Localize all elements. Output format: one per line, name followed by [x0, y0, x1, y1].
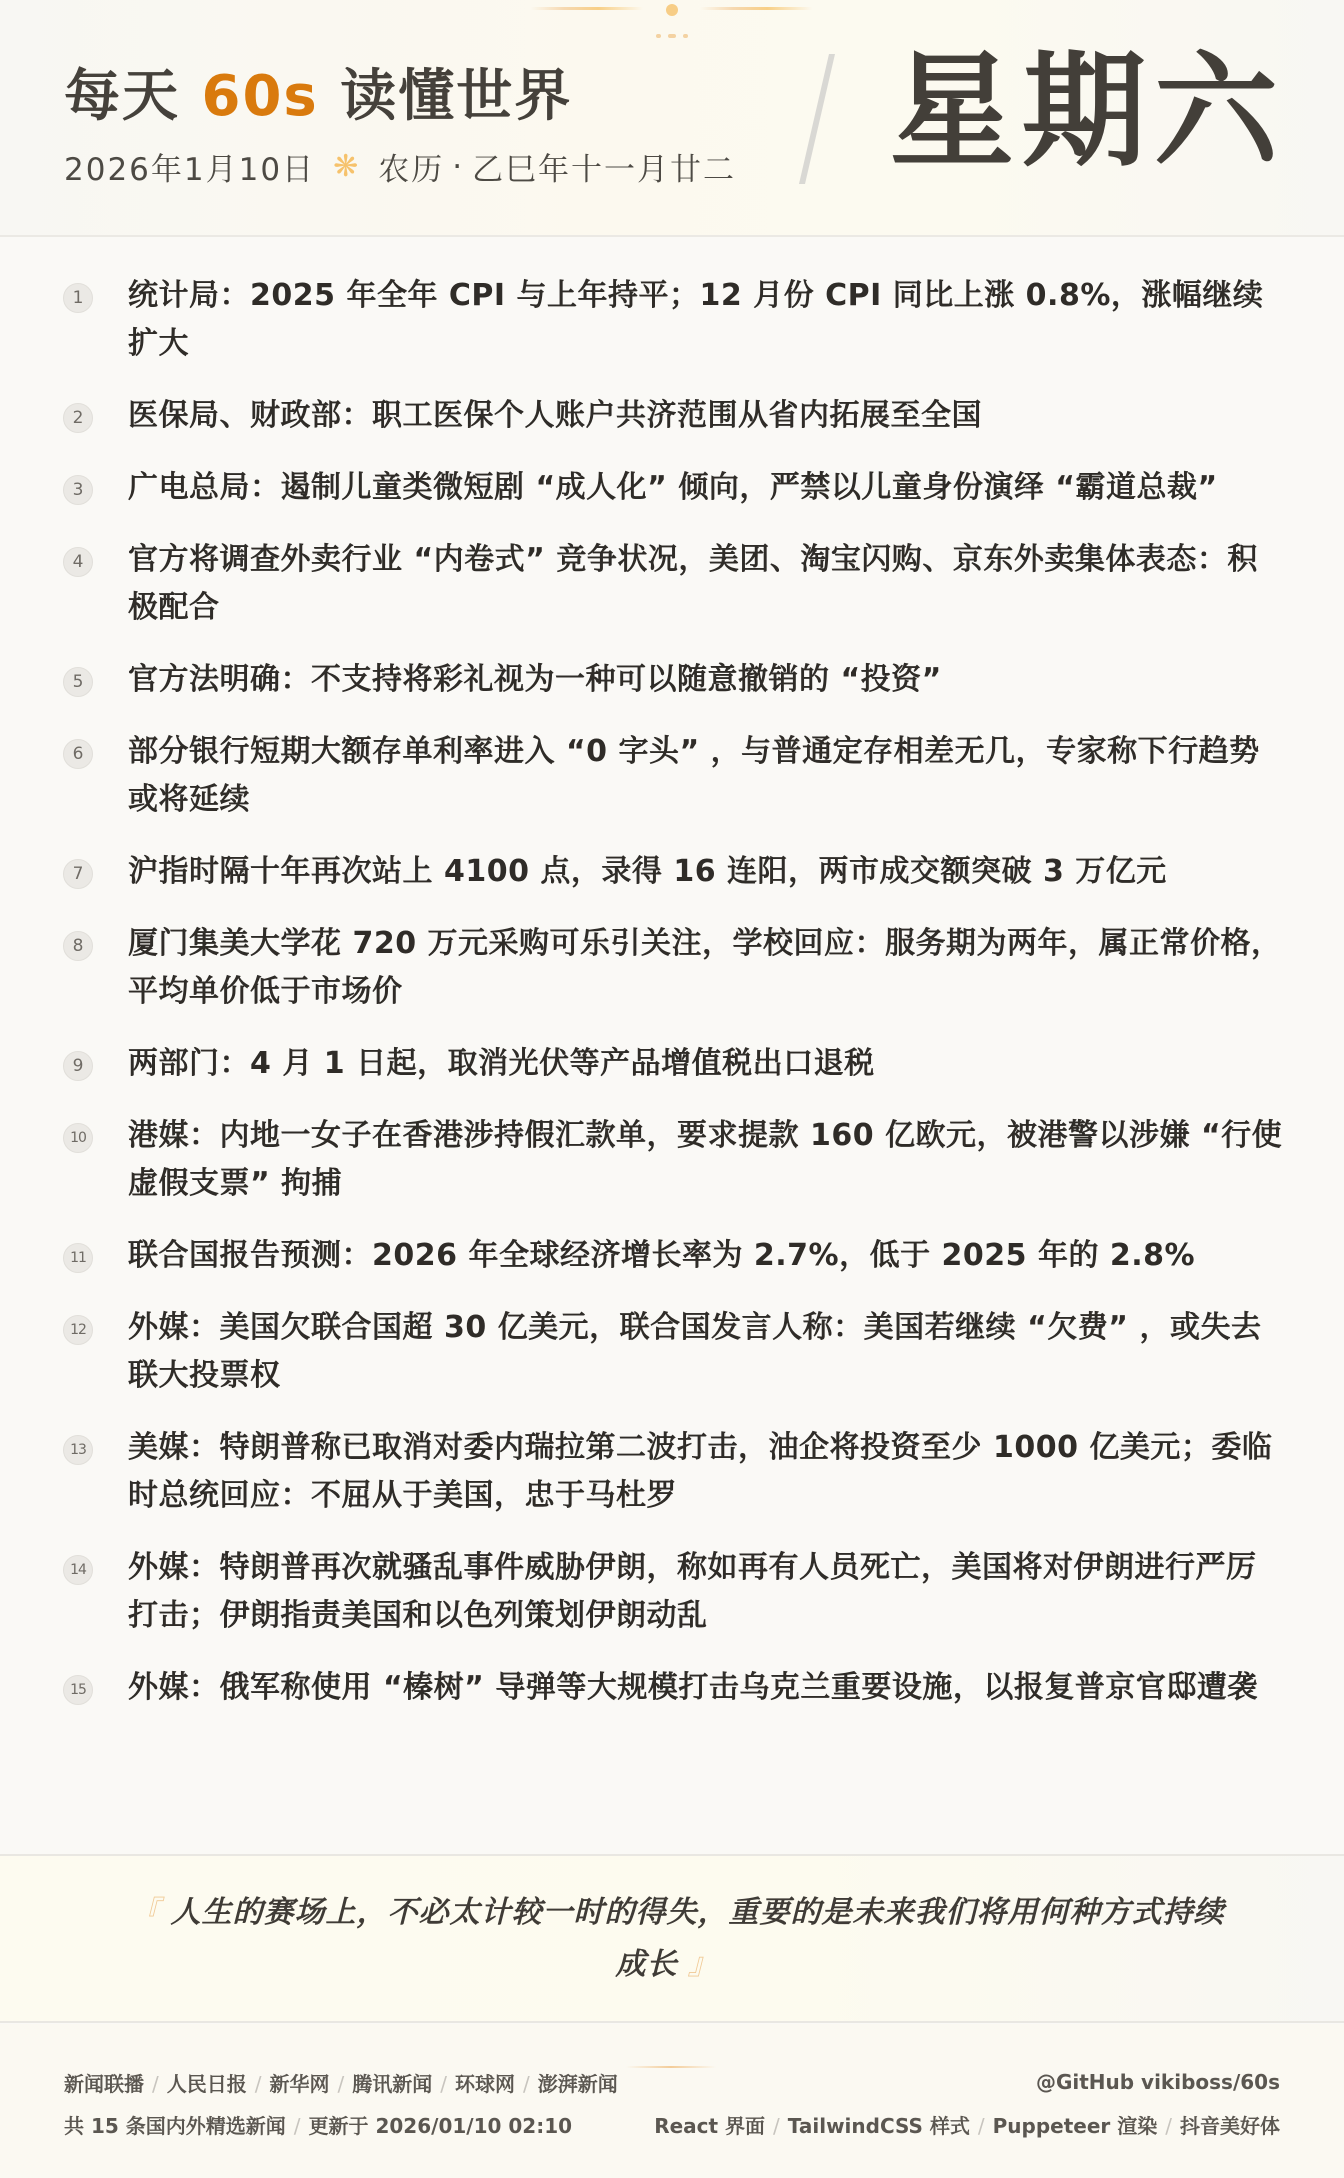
- news-text: 医保局、财政部：职工医保个人账户共济范围从省内拓展至全国: [128, 392, 1284, 440]
- number-badge: 13: [63, 1435, 93, 1465]
- quote-section: 『人生的赛场上，不必太计较一时的得失，重要的是未来我们将用何种方式持续成长』: [0, 1854, 1344, 2023]
- news-item: 15外媒：俄军称使用 “榛树” 导弹等大规模打击乌克兰重要设施，以报复普京官邸遭…: [0, 1664, 1344, 1712]
- news-item: 13美媒：特朗普称已取消对委内瑞拉第二波打击，油企将投资至少 1000 亿美元；…: [0, 1424, 1344, 1520]
- separator: /: [978, 2114, 985, 2138]
- separator: /: [1165, 2114, 1172, 2138]
- news-text: 港媒：内地一女子在香港涉持假汇款单，要求提款 160 亿欧元，被港警以涉嫌 “行…: [128, 1112, 1284, 1208]
- solar-date: 2026年1月10日: [64, 144, 315, 189]
- title-prefix: 每天: [64, 64, 180, 129]
- news-text: 厦门集美大学花 720 万元采购可乐引关注，学校回应：服务期为两年，属正常价格，…: [128, 920, 1284, 1016]
- separator: /: [773, 2114, 780, 2138]
- lunar-label: 农历: [378, 144, 444, 189]
- news-text: 统计局：2025 年全年 CPI 与上年持平；12 月份 CPI 同比上涨 0.…: [128, 272, 1284, 368]
- separator: /: [152, 2072, 159, 2096]
- number-badge: 9: [63, 1051, 93, 1081]
- news-item: 10港媒：内地一女子在香港涉持假汇款单，要求提款 160 亿欧元，被港警以涉嫌 …: [0, 1112, 1344, 1208]
- quote: 『人生的赛场上，不必太计较一时的得失，重要的是未来我们将用何种方式持续成长』: [117, 1887, 1227, 1991]
- news-item: 11联合国报告预测：2026 年全球经济增长率为 2.7%，低于 2025 年的…: [0, 1232, 1344, 1280]
- title-accent: 60s: [202, 64, 319, 129]
- number-badge: 3: [63, 475, 93, 505]
- news-text: 官方将调查外卖行业 “内卷式” 竞争状况，美团、淘宝闪购、京东外卖集体表态：积极…: [128, 536, 1284, 632]
- star-icon: ❋: [333, 149, 360, 184]
- source-name: 新华网: [270, 2072, 330, 2096]
- github-link[interactable]: @GitHub vikiboss/60s: [1036, 2070, 1280, 2094]
- news-text: 部分银行短期大额存单利率进入 “0 字头” ，与普通定存相差无几，专家称下行趋势…: [128, 728, 1284, 824]
- news-text: 两部门：4 月 1 日起，取消光伏等产品增值税出口退税: [128, 1040, 1284, 1088]
- news-sources: 新闻联播/人民日报/新华网/腾讯新闻/环球网/澎湃新闻: [64, 2068, 618, 2097]
- news-item: 8厦门集美大学花 720 万元采购可乐引关注，学校回应：服务期为两年，属正常价格…: [0, 920, 1344, 1016]
- page-title: 每天 60s 读懂世界: [64, 52, 572, 132]
- news-item: 4官方将调查外卖行业 “内卷式” 竞争状况，美团、淘宝闪购、京东外卖集体表态：积…: [0, 536, 1344, 632]
- title-suffix: 读懂世界: [340, 64, 572, 129]
- news-item: 6部分银行短期大额存单利率进入 “0 字头” ，与普通定存相差无几，专家称下行趋…: [0, 728, 1344, 824]
- quote-open-icon: 『: [130, 1895, 161, 1930]
- tech-credit: Puppeteer 渲染: [993, 2114, 1158, 2138]
- decor-dot: [666, 4, 678, 16]
- separator: /: [338, 2072, 345, 2096]
- news-count: 共 15 条国内外精选新闻: [64, 2114, 286, 2138]
- source-name: 环球网: [455, 2072, 515, 2096]
- weekday: 星期六: [890, 42, 1286, 182]
- news-item: 14外媒：特朗普再次就骚乱事件威胁伊朗，称如再有人员死亡，美国将对伊朗进行严厉打…: [0, 1544, 1344, 1640]
- news-text: 沪指时隔十年再次站上 4100 点，录得 16 连阳，两市成交额突破 3 万亿元: [128, 848, 1284, 896]
- news-item: 2医保局、财政部：职工医保个人账户共济范围从省内拓展至全国: [0, 392, 1344, 440]
- number-badge: 11: [63, 1243, 93, 1273]
- meta-line: 共 15 条国内外精选新闻/更新于 2026/01/10 02:10: [64, 2110, 572, 2139]
- decor-line-left: [531, 7, 643, 10]
- lunar-separator: ·: [452, 149, 464, 185]
- source-name: 澎湃新闻: [538, 2072, 618, 2096]
- news-list: 1统计局：2025 年全年 CPI 与上年持平；12 月份 CPI 同比上涨 0…: [0, 272, 1344, 1736]
- news-text: 外媒：特朗普再次就骚乱事件威胁伊朗，称如再有人员死亡，美国将对伊朗进行严厉打击；…: [128, 1544, 1284, 1640]
- decor-mini-dot: [656, 34, 661, 38]
- tech-credit: TailwindCSS 样式: [788, 2114, 970, 2138]
- date-line: 2026年1月10日 ❋ 农历 · 乙巳年十一月廿二: [64, 144, 736, 189]
- news-text: 美媒：特朗普称已取消对委内瑞拉第二波打击，油企将投资至少 1000 亿美元；委临…: [128, 1424, 1284, 1520]
- top-decoration: [528, 4, 818, 40]
- decor-mini-dot: [683, 34, 688, 38]
- lunar-date: 乙巳年十一月廿二: [472, 144, 736, 189]
- number-badge: 15: [63, 1675, 93, 1705]
- number-badge: 5: [63, 667, 93, 697]
- separator: /: [523, 2072, 530, 2096]
- news-text: 联合国报告预测：2026 年全球经济增长率为 2.7%，低于 2025 年的 2…: [128, 1232, 1284, 1280]
- tech-credits: React 界面/TailwindCSS 样式/Puppeteer 渲染/抖音美…: [654, 2110, 1280, 2139]
- separator: /: [255, 2072, 262, 2096]
- footer-decoration: [626, 2066, 716, 2068]
- number-badge: 1: [63, 283, 93, 313]
- source-name: 人民日报: [167, 2072, 247, 2096]
- number-badge: 8: [63, 931, 93, 961]
- decor-line-right: [700, 7, 812, 10]
- decor-mini-dot: [668, 34, 676, 38]
- news-text: 官方法明确：不支持将彩礼视为一种可以随意撤销的 “投资”: [128, 656, 1284, 704]
- number-badge: 6: [63, 739, 93, 769]
- news-text: 外媒：俄军称使用 “榛树” 导弹等大规模打击乌克兰重要设施，以报复普京官邸遭袭: [128, 1664, 1284, 1712]
- slash-divider: [799, 54, 835, 184]
- number-badge: 7: [63, 859, 93, 889]
- news-item: 3广电总局：遏制儿童类微短剧 “成人化” 倾向，严禁以儿童身份演绎 “霸道总裁”: [0, 464, 1344, 512]
- news-item: 7沪指时隔十年再次站上 4100 点，录得 16 连阳，两市成交额突破 3 万亿…: [0, 848, 1344, 896]
- source-name: 新闻联播: [64, 2072, 144, 2096]
- number-badge: 10: [63, 1123, 93, 1153]
- number-badge: 12: [63, 1315, 93, 1345]
- number-badge: 2: [63, 403, 93, 433]
- separator: /: [294, 2114, 301, 2138]
- tech-credit: 抖音美好体: [1180, 2114, 1280, 2138]
- news-item: 12外媒：美国欠联合国超 30 亿美元，联合国发言人称：美国若继续 “欠费” ，…: [0, 1304, 1344, 1400]
- tech-credit: React 界面: [654, 2114, 765, 2138]
- footer: 新闻联播/人民日报/新华网/腾讯新闻/环球网/澎湃新闻 共 15 条国内外精选新…: [0, 2024, 1344, 2178]
- news-item: 9两部门：4 月 1 日起，取消光伏等产品增值税出口退税: [0, 1040, 1344, 1088]
- number-badge: 14: [63, 1555, 93, 1585]
- news-text: 外媒：美国欠联合国超 30 亿美元，联合国发言人称：美国若继续 “欠费” ，或失…: [128, 1304, 1284, 1400]
- number-badge: 4: [63, 547, 93, 577]
- news-text: 广电总局：遏制儿童类微短剧 “成人化” 倾向，严禁以儿童身份演绎 “霸道总裁”: [128, 464, 1284, 512]
- updated-time: 更新于 2026/01/10 02:10: [309, 2114, 573, 2138]
- news-item: 1统计局：2025 年全年 CPI 与上年持平；12 月份 CPI 同比上涨 0…: [0, 272, 1344, 368]
- quote-close-icon: 』: [688, 1947, 719, 1982]
- header: 每天 60s 读懂世界 2026年1月10日 ❋ 农历 · 乙巳年十一月廿二 星…: [0, 0, 1344, 237]
- separator: /: [440, 2072, 447, 2096]
- source-name: 腾讯新闻: [352, 2072, 432, 2096]
- news-item: 5官方法明确：不支持将彩礼视为一种可以随意撤销的 “投资”: [0, 656, 1344, 704]
